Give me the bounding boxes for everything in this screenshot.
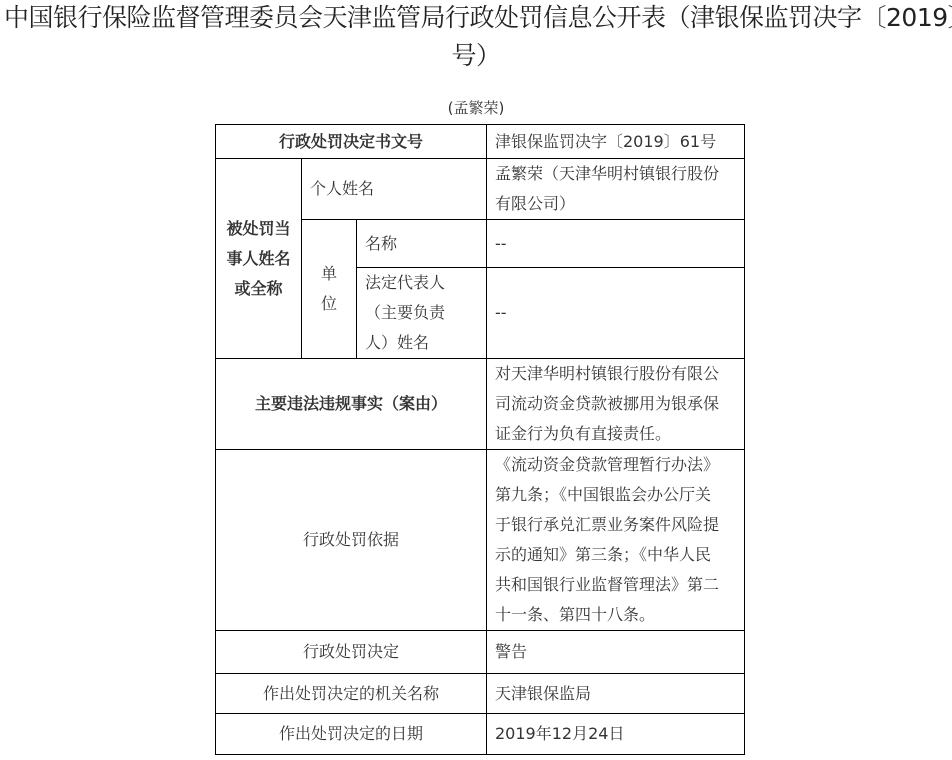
- authority-label: 作出处罚决定的机关名称: [216, 674, 487, 714]
- date-value: 2019年12月24日: [487, 714, 745, 755]
- legal-representative-label: 法定代表人 （主要负责 人）姓名: [357, 268, 487, 359]
- table-row-basis: 行政处罚依据 《流动资金贷款管理暂行办法》 第九条；《中国银监会办公厅关 于银行…: [216, 450, 745, 631]
- decision-number-label: 行政处罚决定书文号: [216, 125, 487, 159]
- unit-name-label: 名称: [357, 220, 487, 268]
- table-row-date: 作出处罚决定的日期 2019年12月24日: [216, 714, 745, 755]
- document-title-line-2: 号）: [0, 38, 952, 74]
- party-label: 被处罚当 事人姓名 或全称: [216, 159, 302, 359]
- table-row-violation: 主要违法违规事实（案由） 对天津华明村镇银行股份有限公 司流动资金贷款被挪用为银…: [216, 359, 745, 450]
- document-title: 中国银行保险监督管理委员会天津监管局行政处罚信息公开表（津银保监罚决字〔2019…: [0, 0, 952, 74]
- individual-name-label: 个人姓名: [302, 159, 487, 220]
- table-row-individual-name: 被处罚当 事人姓名 或全称 个人姓名 孟繁荣（天津华明村镇银行股份 有限公司）: [216, 159, 745, 220]
- basis-label: 行政处罚依据: [216, 450, 487, 631]
- table-row-decision-number: 行政处罚决定书文号 津银保监罚决字〔2019〕61号: [216, 125, 745, 159]
- individual-name-value: 孟繁荣（天津华明村镇银行股份 有限公司）: [487, 159, 745, 220]
- penalty-info-table: 行政处罚决定书文号 津银保监罚决字〔2019〕61号 被处罚当 事人姓名 或全称…: [215, 124, 745, 755]
- unit-name-value: --: [487, 220, 745, 268]
- table-row-authority: 作出处罚决定的机关名称 天津银保监局: [216, 674, 745, 714]
- document-title-line-1: 中国银行保险监督管理委员会天津监管局行政处罚信息公开表（津银保监罚决字〔2019…: [0, 0, 952, 36]
- basis-value: 《流动资金贷款管理暂行办法》 第九条；《中国银监会办公厅关 于银行承兑汇票业务案…: [487, 450, 745, 631]
- table-row-decision: 行政处罚决定 警告: [216, 631, 745, 674]
- date-label: 作出处罚决定的日期: [216, 714, 487, 755]
- legal-representative-value: --: [487, 268, 745, 359]
- decision-label: 行政处罚决定: [216, 631, 487, 674]
- authority-value: 天津银保监局: [487, 674, 745, 714]
- violation-value: 对天津华明村镇银行股份有限公 司流动资金贷款被挪用为银承保 证金行为负有直接责任…: [487, 359, 745, 450]
- unit-label: 单 位: [302, 220, 357, 359]
- violation-label: 主要违法违规事实（案由）: [216, 359, 487, 450]
- decision-number-value: 津银保监罚决字〔2019〕61号: [487, 125, 745, 159]
- decision-value: 警告: [487, 631, 745, 674]
- document-subtitle: (孟繁荣): [0, 98, 952, 118]
